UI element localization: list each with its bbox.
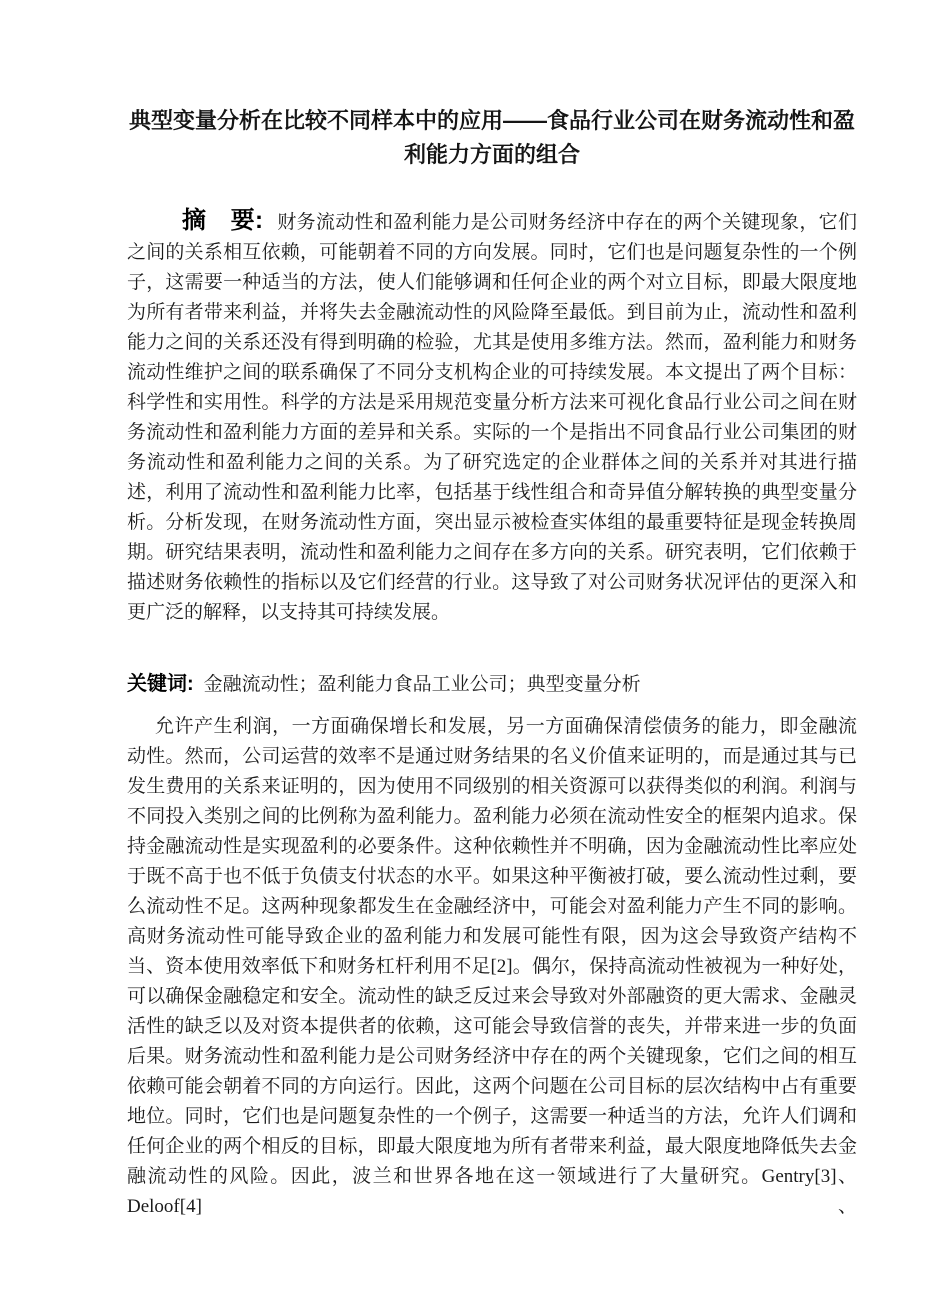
abstract-paragraph: 摘 要:财务流动性和盈利能力是公司财务经济中存在的两个关键现象，它们之间的关系相… (127, 208, 857, 628)
document-page: 典型变量分析在比较不同样本中的应用——食品行业公司在财务流动性和盈利能力方面的组… (0, 0, 926, 1309)
keywords-text: 金融流动性；盈利能力食品工业公司；典型变量分析 (204, 674, 641, 695)
abstract-text: 财务流动性和盈利能力是公司财务经济中存在的两个关键现象，它们之间的关系相互依赖，… (127, 212, 857, 623)
abstract-label: 摘 要: (182, 207, 263, 234)
keywords-label: 关键词: (127, 673, 194, 695)
body-paragraph: 允许产生利润，一方面确保增长和发展，另一方面确保清偿债务的能力，即金融流动性。然… (127, 712, 857, 1222)
keywords-paragraph: 关键词:金融流动性；盈利能力食品工业公司；典型变量分析 (127, 670, 857, 700)
paper-title: 典型变量分析在比较不同样本中的应用——食品行业公司在财务流动性和盈利能力方面的组… (127, 104, 857, 172)
